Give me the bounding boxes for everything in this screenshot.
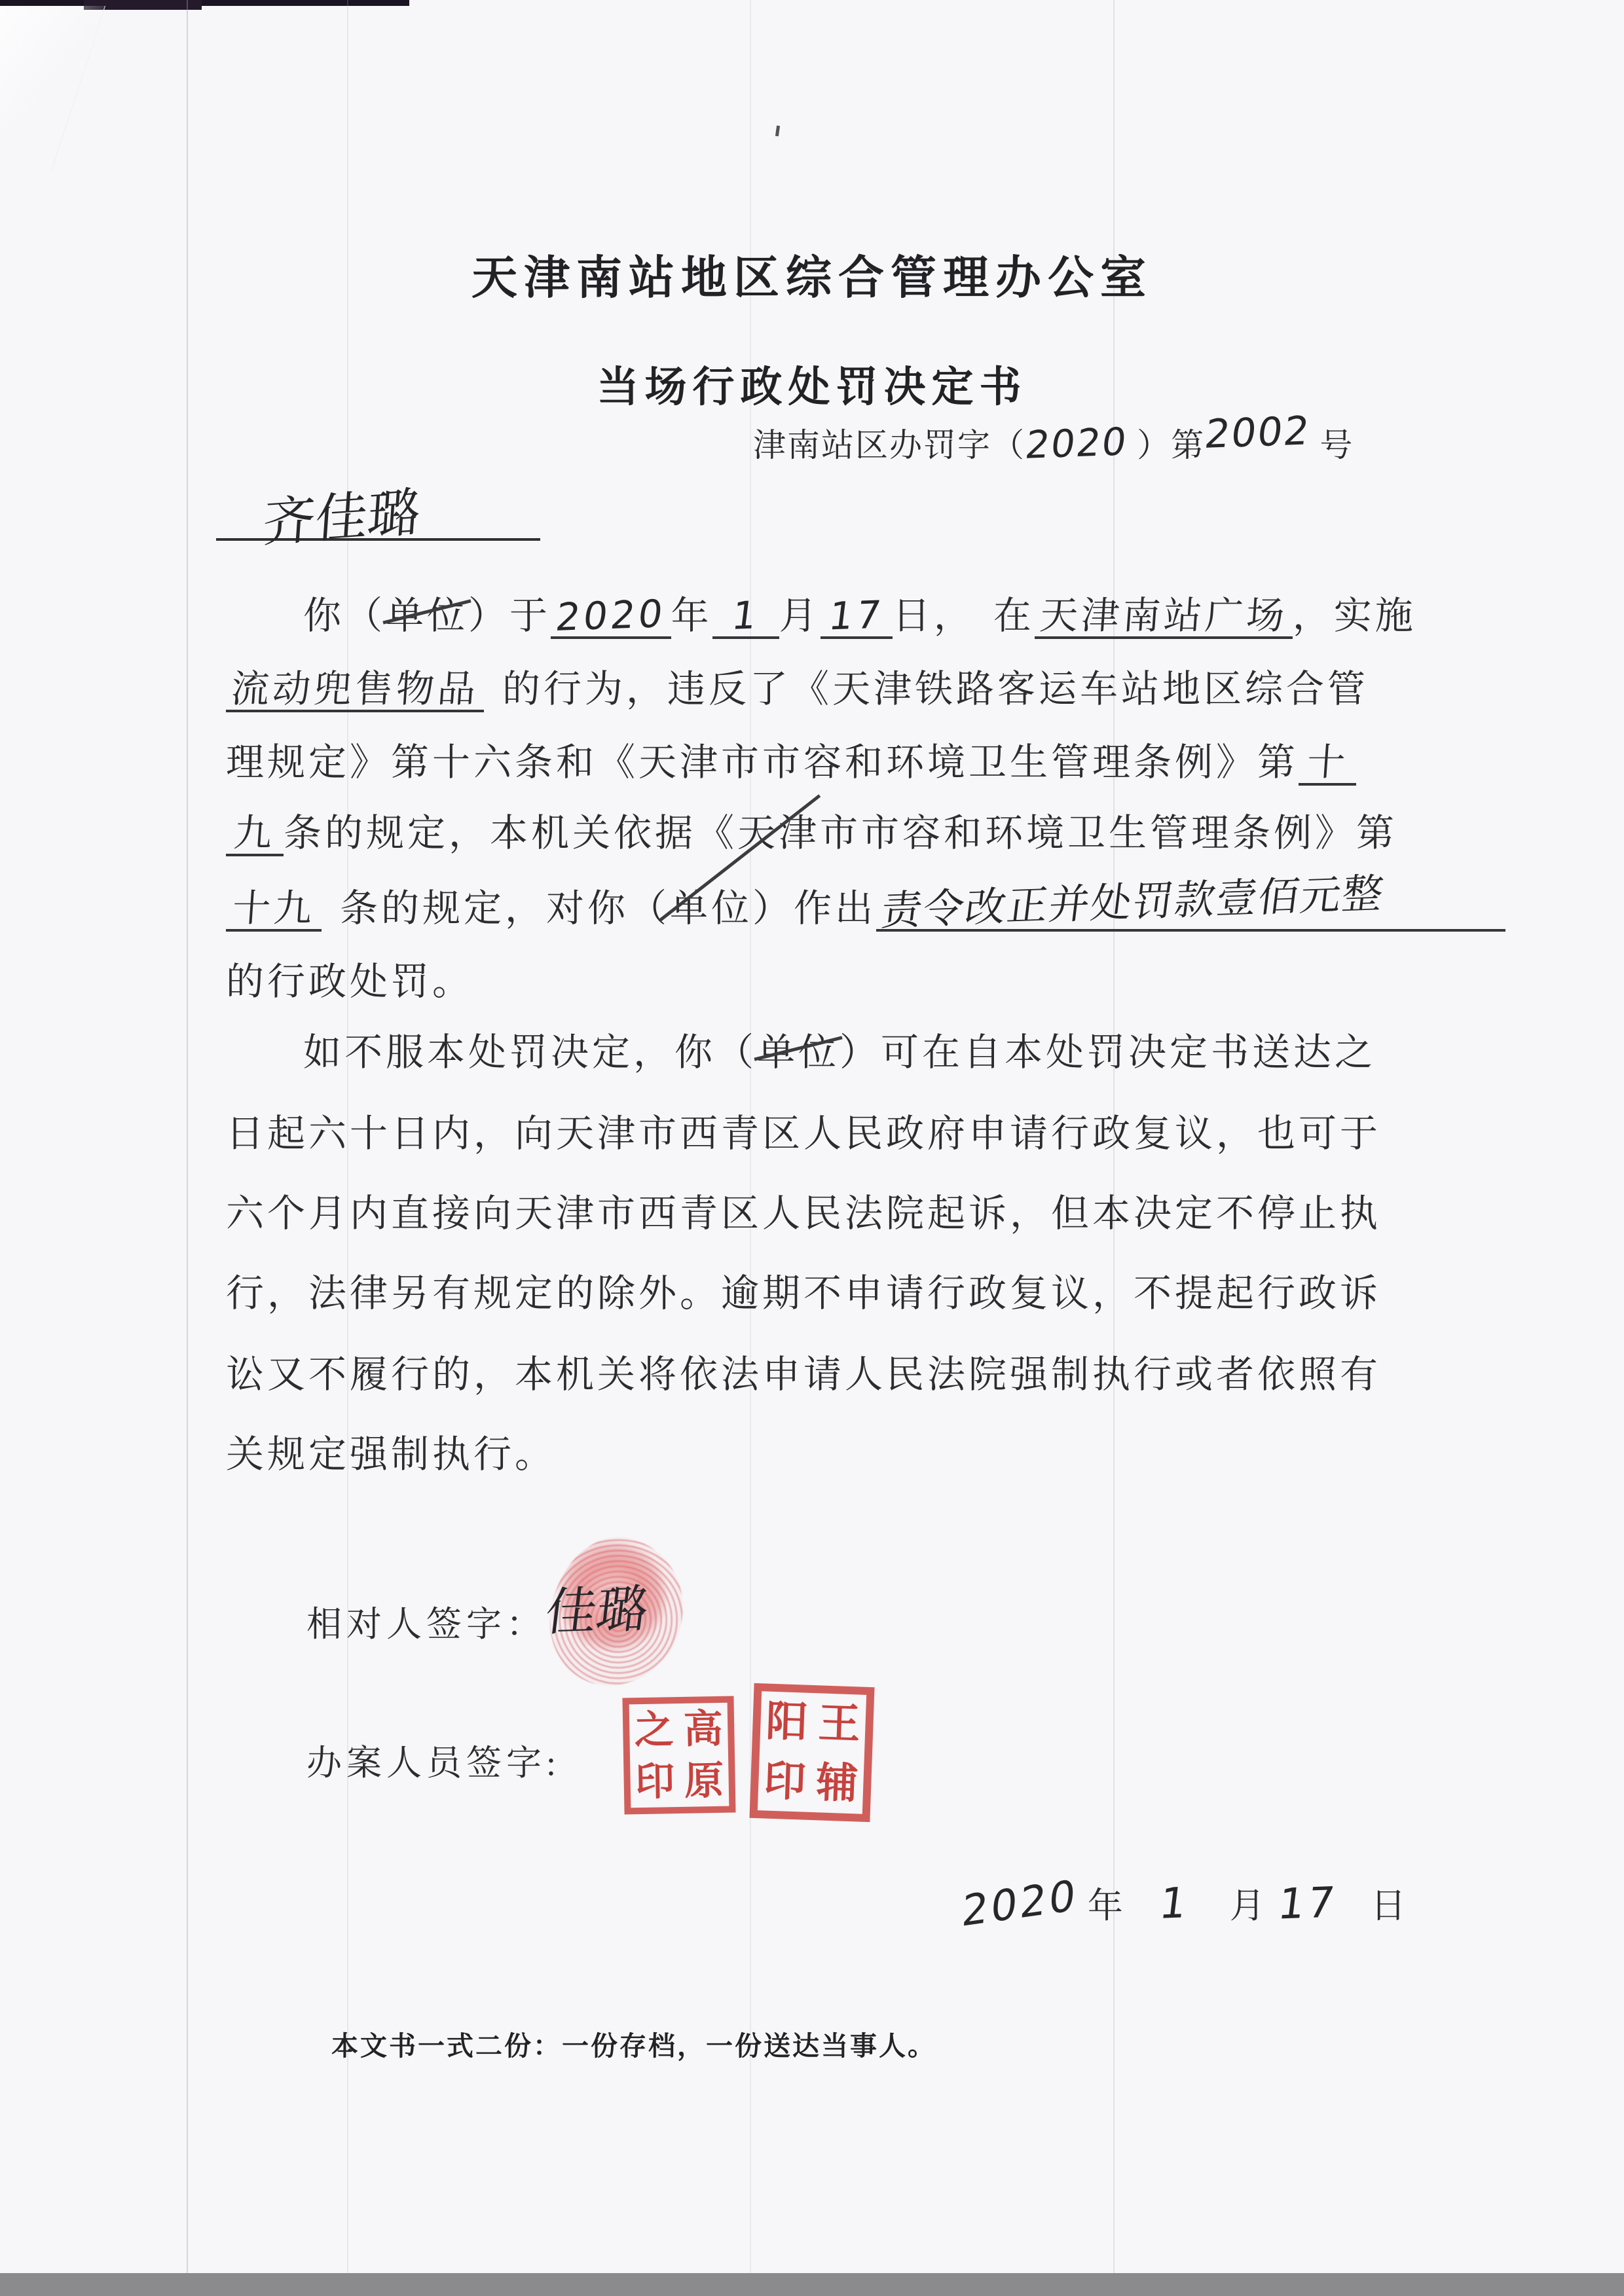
- document-title-form-name: 当场行政处罚决定书: [0, 354, 1624, 414]
- printed-text: 日，: [893, 594, 975, 637]
- document-number-line: 津南站区办罚字（2020 ）第2002 号: [753, 419, 1354, 466]
- location-blank: 天津南站广场: [1035, 596, 1293, 639]
- seal-character: 高: [683, 1709, 723, 1749]
- docno-suffix: 号: [1319, 427, 1354, 464]
- printed-text: 你（: [303, 594, 386, 637]
- article-number-fill: 十九: [231, 889, 316, 929]
- seal-character: 辅: [815, 1762, 858, 1805]
- article-number-blank: 十: [1299, 743, 1356, 786]
- seal-character: 印: [763, 1760, 806, 1803]
- printed-text: 条的规定，对你（: [340, 887, 670, 930]
- body-line: 流动兜售物品的行为，违反了《天津铁路客运车站地区综合管: [226, 658, 1369, 713]
- officer-signature-label: 办案人员签字:: [306, 1735, 561, 1785]
- page-fold-corner: [0, 6, 105, 170]
- year-handwritten: 2020: [553, 594, 668, 638]
- year-blank: 2020: [551, 596, 671, 639]
- article-number-fill: 九: [232, 814, 276, 854]
- scan-edge-artifact-bottom: [0, 2273, 1624, 2296]
- date-day-label: 日: [1371, 1886, 1409, 1925]
- struck-word-unit: 单位: [670, 877, 752, 932]
- seal-character: 阳: [766, 1700, 809, 1743]
- seal-character: 之: [634, 1710, 674, 1750]
- body-line: 的行政处罚。: [226, 951, 473, 1006]
- article-number-blank: 九: [226, 814, 284, 856]
- conduct-blank: 流动兜售物品: [226, 670, 484, 712]
- body-line: 行，法律另有规定的除外。逾期不申请行政复议，不提起行政诉: [226, 1262, 1381, 1317]
- location-handwritten: 天津南站广场: [1039, 596, 1289, 636]
- decision-date-line: 2020年1月17日: [961, 1878, 1409, 1928]
- docno-serial-handwritten: 2002: [1202, 408, 1313, 458]
- day-blank: 17: [821, 596, 893, 639]
- docno-prefix: 津南站区办罚字（: [753, 427, 1025, 464]
- body-line: 十九条的规定，对你（单位）作出责令改正并处罚款壹佰元整: [226, 877, 1505, 932]
- printed-text: 的行政处罚。: [226, 960, 473, 1003]
- date-month-handwritten: 1: [1156, 1879, 1192, 1929]
- article-number-fill: 十: [1305, 743, 1349, 783]
- date-day-handwritten: 17: [1275, 1878, 1340, 1929]
- scanned-penalty-decision-document: 天津南站地区综合管理办公室 当场行政处罚决定书 津南站区办罚字（2020 ）第2…: [0, 0, 1624, 2296]
- recipient-name-handwritten: 齐佳璐: [261, 469, 423, 556]
- recipient-name-blank: 齐佳璐: [216, 483, 540, 541]
- body-line: 日起六十日内，向天津市西青区人民政府申请行政复议，也可于: [226, 1102, 1381, 1157]
- penalty-handwritten: 责令改正并处罚款壹佰元整: [879, 871, 1387, 932]
- printed-text: 年: [671, 594, 712, 637]
- body-line: 如不服本处罚决定，你（单位）可在自本处罚决定书送达之: [226, 1021, 1376, 1076]
- struck-word-unit: 单位: [757, 1021, 840, 1076]
- officer-name-seal-gaoyuan: 之 高 印 原: [622, 1696, 735, 1815]
- printed-text: ）于: [468, 594, 551, 637]
- officer-name-seal-wangfuyang: 阳 王 印 辅: [749, 1683, 874, 1822]
- seal-character: 王: [817, 1702, 860, 1745]
- party-signature-label: 相对人签字：: [306, 1596, 546, 1647]
- body-line: 九条的规定，本机关依据《天津市市容和环境卫生管理条例》第: [226, 802, 1397, 857]
- printed-text: ）可在自本处罚决定书送达之: [840, 1031, 1376, 1074]
- article-number-blank: 十九: [226, 889, 322, 932]
- printed-text: 如不服本处罚决定，你（: [303, 1031, 757, 1074]
- printed-text: 条的规定，本机关依据《天津市市容和环境卫生管理条例》第: [284, 812, 1397, 854]
- printed-text: 月: [779, 594, 821, 637]
- penalty-blank: 责令改正并处罚款壹佰元整: [876, 886, 1505, 932]
- body-line: 六个月内直接向天津市西青区人民法院起诉，但本决定不停止执: [226, 1182, 1381, 1237]
- printed-text: 理规定》第十六条和《天津市市容和环境卫生管理条例》第: [226, 741, 1299, 784]
- month-blank: 1: [712, 596, 779, 639]
- body-line: 讼又不履行的，本机关将依法申请人民法院强制执行或者依照有: [226, 1343, 1381, 1398]
- date-year-handwritten: 2020: [960, 1871, 1079, 1937]
- docno-mid: ）第: [1137, 427, 1205, 464]
- day-handwritten: 17: [826, 594, 886, 636]
- body-line: 理规定》第十六条和《天津市市容和环境卫生管理条例》第十: [226, 731, 1356, 786]
- month-handwritten: 1: [729, 595, 762, 636]
- seal-character: 印: [635, 1762, 675, 1802]
- party-signature-handwritten: 佳璐: [542, 1568, 653, 1645]
- printed-text: ，实施: [1293, 594, 1416, 637]
- printed-text: ）作出: [752, 887, 876, 930]
- date-year-label: 年: [1088, 1886, 1126, 1925]
- copies-distribution-note: 本文书一式二份：一份存档，一份送达当事人。: [331, 2024, 936, 2063]
- date-month-label: 月: [1230, 1886, 1268, 1925]
- printed-text: 在: [993, 594, 1035, 637]
- body-line: 你（单位）于2020年1月17日，在天津南站广场，实施: [226, 585, 1416, 640]
- seal-character: 原: [684, 1760, 724, 1800]
- printed-text: 的行为，违反了《天津铁路客运车站地区综合管: [502, 668, 1369, 710]
- conduct-fill: 流动兜售物品: [230, 670, 480, 710]
- document-title-issuing-office: 天津南站地区综合管理办公室: [0, 241, 1624, 307]
- body-line: 关规定强制执行。: [226, 1423, 556, 1478]
- ink-speck-artifact: [775, 126, 780, 137]
- docno-year-handwritten: 2020: [1023, 419, 1130, 467]
- struck-word-unit: 单位: [386, 585, 468, 640]
- scan-streak-line: [187, 0, 188, 2273]
